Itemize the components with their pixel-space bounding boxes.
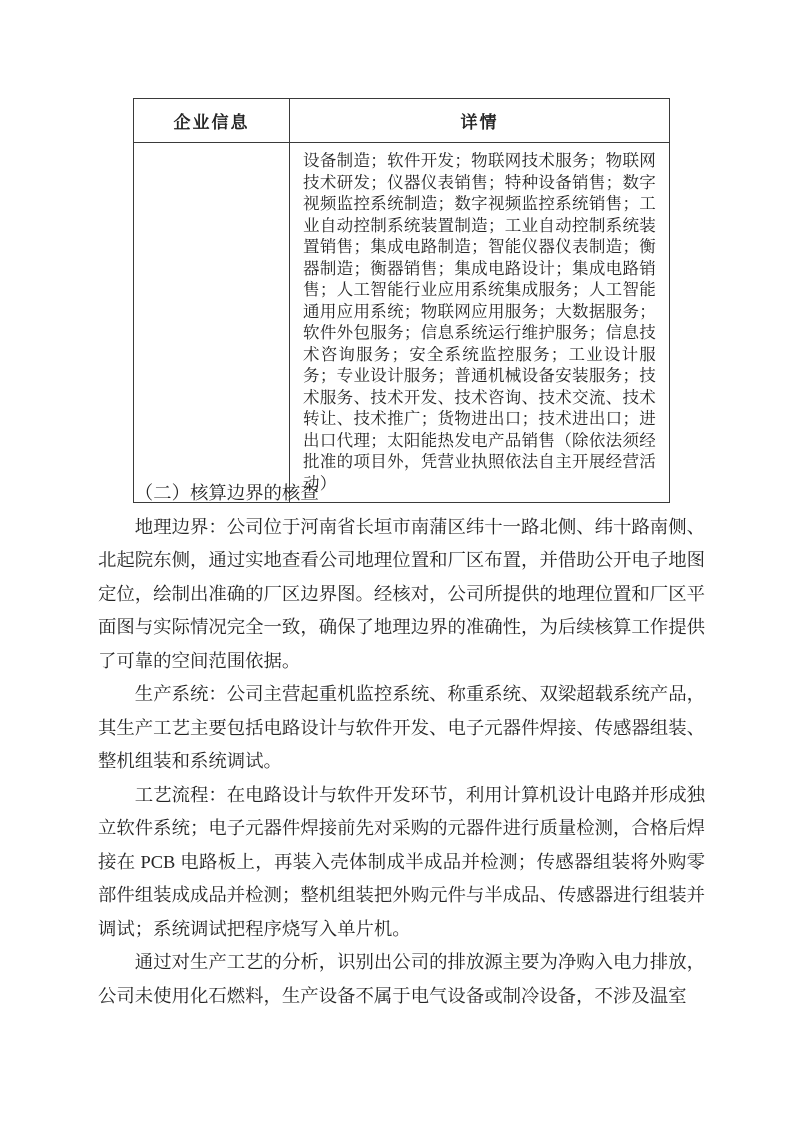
table-header-row: 企业信息 详情 — [134, 99, 670, 143]
document-body: （二）核算边界的核查 地理边界：公司位于河南省长垣市南蒲区纬十一路北侧、纬十路南… — [98, 477, 705, 1013]
paragraph-process-flow: 工艺流程：在电路设计与软件开发环节，利用计算机设计电路并形成独立软件系统；电子元… — [98, 779, 705, 947]
section-heading: （二）核算边界的核查 — [98, 477, 705, 511]
business-scope-detail-cell: 设备制造；软件开发；物联网技术服务；物联网技术研发；仪器仪表销售；特种设备销售；… — [290, 143, 670, 503]
document-page: 企业信息 详情 设备制造；软件开发；物联网技术服务；物联网技术研发；仪器仪表销售… — [0, 0, 800, 1130]
paragraph-geographic-boundary: 地理边界：公司位于河南省长垣市南蒲区纬十一路北侧、纬十路南侧、北起院东侧，通过实… — [98, 511, 705, 679]
table-header-enterprise-info: 企业信息 — [134, 99, 290, 143]
enterprise-info-table: 企业信息 详情 设备制造；软件开发；物联网技术服务；物联网技术研发；仪器仪表销售… — [133, 98, 670, 503]
table-header-detail: 详情 — [290, 99, 670, 143]
paragraph-production-system: 生产系统：公司主营起重机监控系统、称重系统、双梁超载系统产品，其生产工艺主要包括… — [98, 678, 705, 779]
paragraph-emission-source-analysis: 通过对生产工艺的分析，识别出公司的排放源主要为净购入电力排放，公司未使用化石燃料… — [98, 946, 705, 1013]
enterprise-info-label-cell — [134, 143, 290, 503]
table-row: 设备制造；软件开发；物联网技术服务；物联网技术研发；仪器仪表销售；特种设备销售；… — [134, 143, 670, 503]
